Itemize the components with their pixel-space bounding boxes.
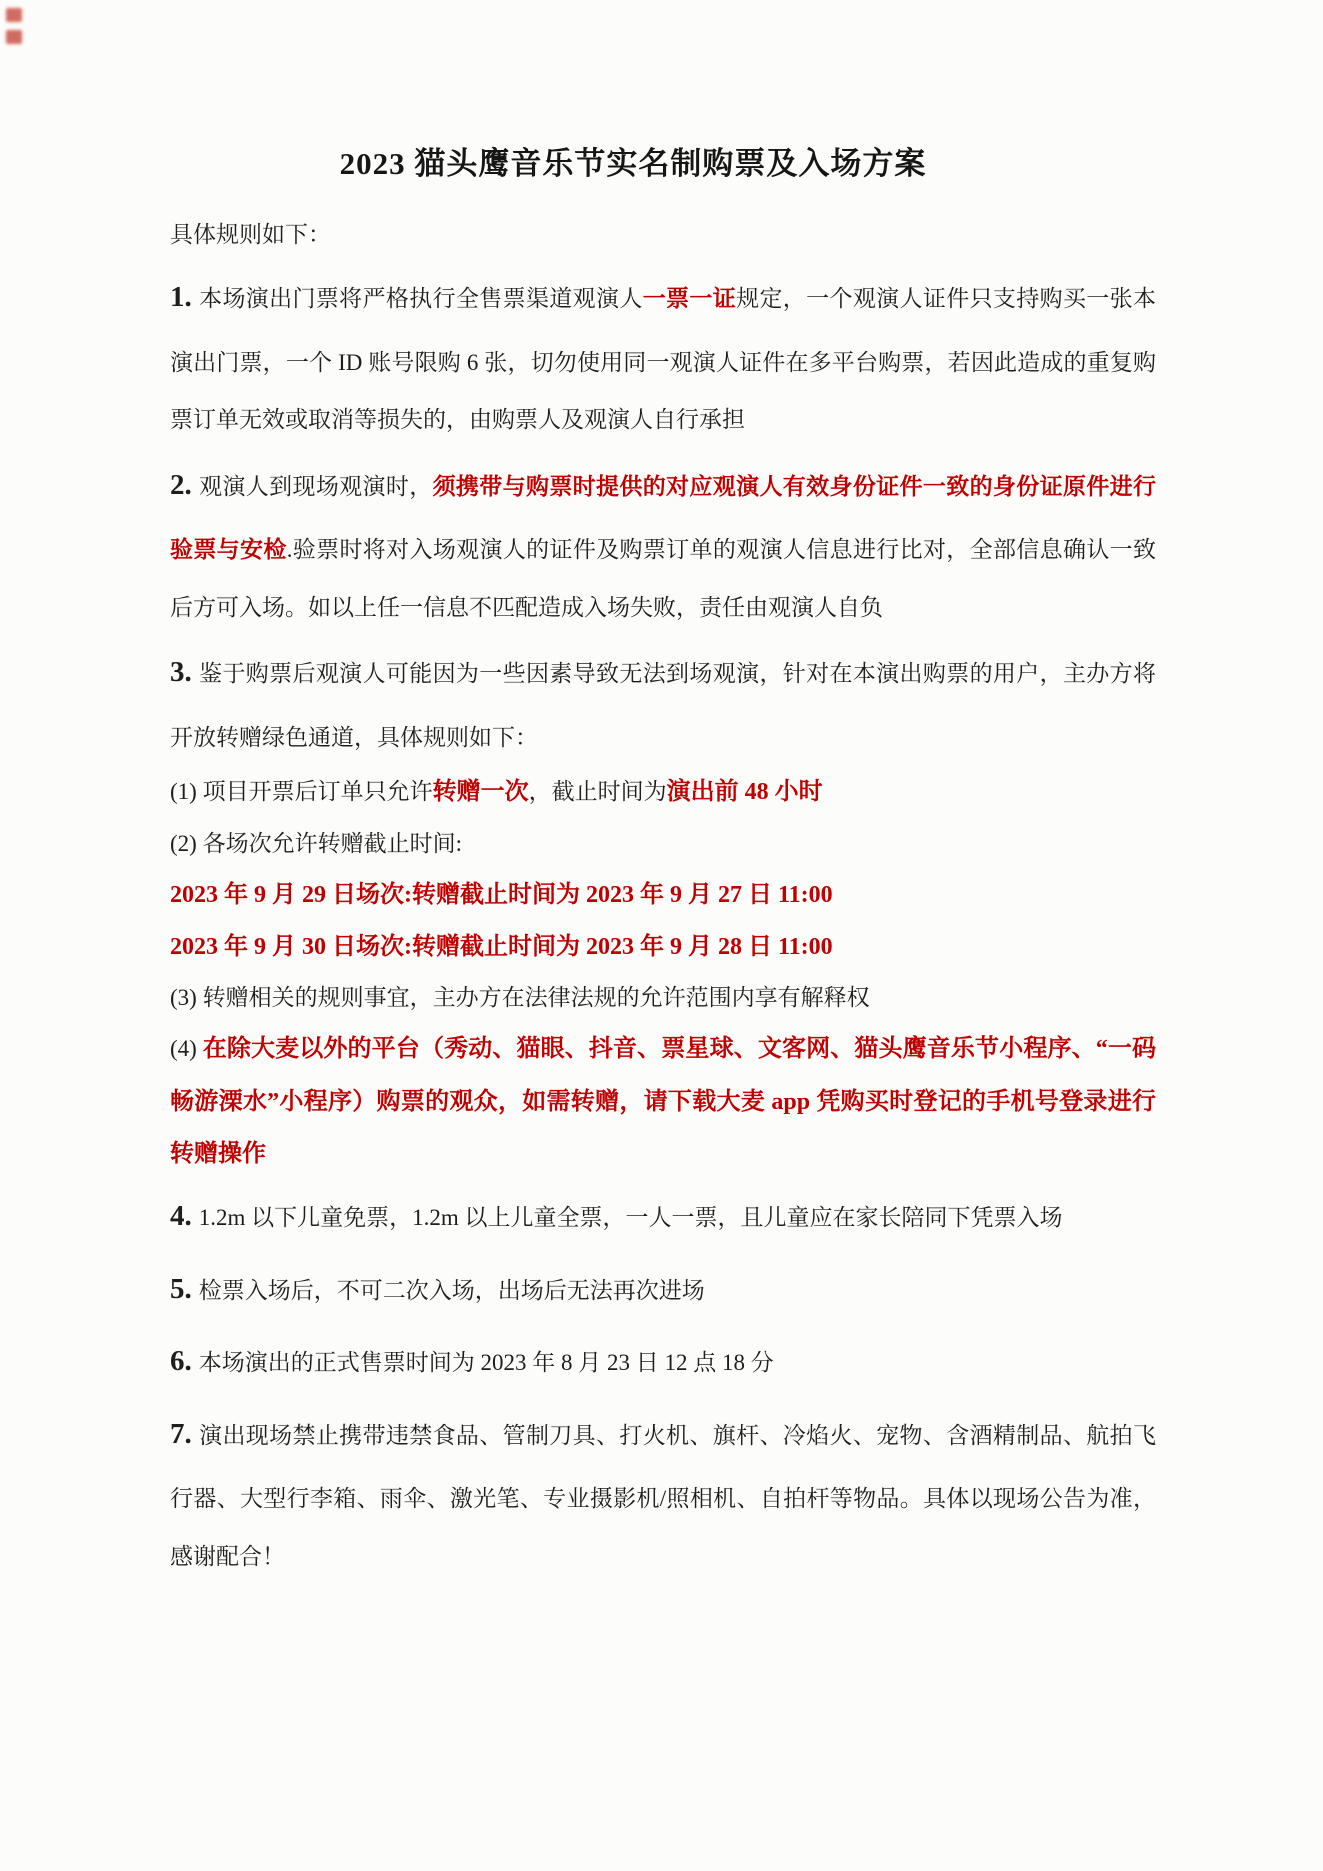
paragraph-12: 6.本场演出的正式售票时间为 2023 年 8 月 23 日 12 点 18 分 bbox=[170, 1325, 1156, 1398]
paragraph-9: (4) 在除大麦以外的平台（秀动、猫眼、抖音、票星球、文客网、猫头鹰音乐节小程序… bbox=[170, 1023, 1156, 1180]
paragraph-6: 2023 年 9 月 29 日场次:转赠截止时间为 2023 年 9 月 27 … bbox=[170, 869, 1156, 921]
document-content: 2023 猫头鹰音乐节实名制购票及入场方案 具体规则如下： 1.本场演出门票将严… bbox=[170, 138, 1156, 1585]
text-run: 检票入场后，不可二次入场，出场后无法再次进场 bbox=[199, 1278, 705, 1303]
text-run: 本场演出的正式售票时间为 2023 年 8 月 23 日 12 点 18 分 bbox=[199, 1350, 774, 1375]
intro-line: 具体规则如下： bbox=[170, 219, 1156, 251]
highlighted-text-run: 2023 年 9 月 30 日场次:转赠截止时间为 2023 年 9 月 28 … bbox=[170, 934, 833, 960]
ink-dot bbox=[6, 30, 22, 44]
paragraph-1: 1.本场演出门票将严格执行全售票渠道观演人一票一证规定，一个观演人证件只支持购买… bbox=[170, 261, 1156, 449]
highlighted-text-run: 一票一证 bbox=[643, 286, 736, 311]
paragraph-13: 7.演出现场禁止携带违禁食品、管制刀具、打火机、旗杆、冷焰火、宠物、含酒精制品、… bbox=[170, 1398, 1156, 1586]
text-run: 观演人到现场观演时， bbox=[199, 474, 433, 499]
item-number: 5. bbox=[170, 1273, 192, 1305]
highlighted-text-run: 演出前 48 小时 bbox=[667, 779, 823, 805]
document-page: 2023 猫头鹰音乐节实名制购票及入场方案 具体规则如下： 1.本场演出门票将严… bbox=[0, 0, 1323, 1871]
text-run: (4) bbox=[170, 1036, 203, 1061]
text-run: 演出现场禁止携带违禁食品、管制刀具、打火机、旗杆、冷焰火、宠物、含酒精制品、航拍… bbox=[170, 1423, 1156, 1569]
item-number: 2. bbox=[170, 469, 192, 501]
paragraph-2: 2.观演人到现场观演时，须携带与购票时提供的对应观演人有效身份证件一致的身份证原… bbox=[170, 449, 1156, 637]
paragraph-11: 5.检票入场后，不可二次入场，出场后无法再次进场 bbox=[170, 1253, 1156, 1326]
highlighted-text-run: 在除大麦以外的平台（秀动、猫眼、抖音、票星球、文客网、猫头鹰音乐节小程序、“一码… bbox=[170, 1036, 1156, 1167]
text-run: (1) 项目开票后订单只允许 bbox=[170, 779, 433, 804]
item-number: 4. bbox=[170, 1200, 192, 1232]
item-number: 1. bbox=[170, 281, 192, 313]
paragraph-3: 3.鉴于购票后观演人可能因为一些因素导致无法到场观演，针对在本演出购票的用户，主… bbox=[170, 636, 1156, 766]
text-run: 本场演出门票将严格执行全售票渠道观演人 bbox=[199, 286, 643, 311]
corner-ink-artifact bbox=[6, 8, 32, 52]
highlighted-text-run: 2023 年 9 月 29 日场次:转赠截止时间为 2023 年 9 月 27 … bbox=[170, 882, 833, 908]
item-number: 6. bbox=[170, 1345, 192, 1377]
ink-dot bbox=[6, 8, 22, 22]
text-run: (3) 转赠相关的规则事宜，主办方在法律法规的允许范围内享有解释权 bbox=[170, 985, 870, 1010]
item-number: 7. bbox=[170, 1418, 192, 1450]
text-run: ，截止时间为 bbox=[529, 779, 667, 804]
text-run: (2) 各场次允许转赠截止时间: bbox=[170, 831, 462, 856]
paragraph-10: 4.1.2m 以下儿童免票，1.2m 以上儿童全票，一人一票，且儿童应在家长陪同… bbox=[170, 1180, 1156, 1253]
text-run: 鉴于购票后观演人可能因为一些因素导致无法到场观演，针对在本演出购票的用户，主办方… bbox=[170, 661, 1156, 750]
item-number: 3. bbox=[170, 656, 192, 688]
text-run: .验票时将对入场观演人的证件及购票订单的观演人信息进行比对，全部信息确认一致后方… bbox=[170, 537, 1156, 620]
paragraph-8: (3) 转赠相关的规则事宜，主办方在法律法规的允许范围内享有解释权 bbox=[170, 973, 1156, 1023]
highlighted-text-run: 转赠一次 bbox=[433, 779, 529, 805]
paragraph-5: (2) 各场次允许转赠截止时间: bbox=[170, 819, 1156, 869]
paragraph-7: 2023 年 9 月 30 日场次:转赠截止时间为 2023 年 9 月 28 … bbox=[170, 921, 1156, 973]
paragraph-4: (1) 项目开票后订单只允许转赠一次，截止时间为演出前 48 小时 bbox=[170, 766, 1156, 818]
document-title: 2023 猫头鹰音乐节实名制购票及入场方案 bbox=[170, 138, 1156, 183]
text-run: 1.2m 以下儿童免票，1.2m 以上儿童全票，一人一票，且儿童应在家长陪同下凭… bbox=[199, 1205, 1063, 1230]
document-body: 1.本场演出门票将严格执行全售票渠道观演人一票一证规定，一个观演人证件只支持购买… bbox=[170, 261, 1156, 1585]
